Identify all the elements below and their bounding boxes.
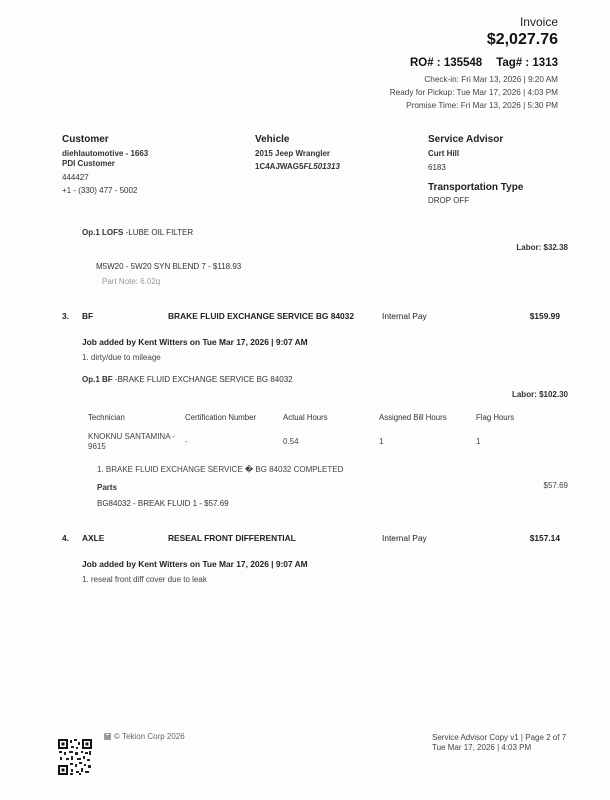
op-line-bf: Op.1 BF -BRAKE FLUID EXCHANGE SERVICE BG… <box>82 375 293 384</box>
job-concern: 1. reseal front diff cover due to leak <box>82 575 207 584</box>
tag-number: Tag# : 1313 <box>496 57 558 69</box>
part-line: BG84032 - BREAK FLUID 1 - $57.69 <box>97 499 229 508</box>
tech-actual-hours: 0.54 <box>283 437 299 446</box>
tech-name: KNOKNU SANTAMINA - 9615 <box>88 432 180 452</box>
job-added-by: Job added by Kent Witters on Tue Mar 17,… <box>82 559 308 569</box>
printed-timestamp: Tue Mar 17, 2026 | 4:03 PM <box>432 743 531 752</box>
customer-id: 444427 <box>62 172 148 184</box>
job-code: BF <box>82 311 93 321</box>
advisor-section: Service Advisor Curt Hill 6183 Transport… <box>428 134 523 207</box>
op-desc: -BRAKE FLUID EXCHANGE SERVICE BG 84032 <box>115 375 293 384</box>
op-desc: -LUBE OIL FILTER <box>126 228 194 237</box>
customer-title: Customer <box>62 134 148 145</box>
op-line-lofs: Op.1 LOFS -LUBE OIL FILTER <box>82 228 193 237</box>
part-note: Part Note: 6.02q <box>102 277 160 286</box>
vin-suffix: FL501313 <box>303 162 339 171</box>
vehicle-model: 2015 Jeep Wrangler <box>255 148 340 160</box>
tech-assigned-bill-hours: 1 <box>379 437 383 446</box>
job-story: 1. BRAKE FLUID EXCHANGE SERVICE � BG 840… <box>97 465 343 474</box>
parts-total: $57.69 <box>544 481 568 490</box>
labor-amount: Labor: $32.38 <box>516 243 568 252</box>
job-number: 3. <box>62 311 69 321</box>
col-actual-hours: Actual Hours <box>283 413 328 422</box>
ro-number: RO# : 135548 <box>410 57 482 69</box>
job-amount: $159.99 <box>530 311 560 321</box>
job-amount: $157.14 <box>530 533 560 543</box>
job-description: BRAKE FLUID EXCHANGE SERVICE BG 84032 <box>168 311 354 321</box>
job-number: 4. <box>62 533 69 543</box>
customer-phone: +1 - (330) 477 - 5002 <box>62 185 148 197</box>
advisor-title: Service Advisor <box>428 134 523 145</box>
qr-code <box>57 738 93 776</box>
job-added-by: Job added by Kent Witters on Tue Mar 17,… <box>82 337 308 347</box>
col-assigned-bill-hours: Assigned Bill Hours <box>379 413 447 422</box>
ro-tag-line: RO# : 135548Tag# : 1313 <box>410 57 558 69</box>
job-pay-type: Internal Pay <box>382 533 427 543</box>
vehicle-title: Vehicle <box>255 134 340 145</box>
vehicle-vin: 1C4AJWAG5FL501313 <box>255 161 340 173</box>
vin-prefix: 1C4AJWAG5 <box>255 162 303 171</box>
tech-flag-hours: 1 <box>476 437 480 446</box>
promise-time: Promise Time: Fri Mar 13, 2026 | 5:30 PM <box>406 101 558 110</box>
advisor-id: 6183 <box>428 162 523 174</box>
invoice-total: $2,027.76 <box>487 31 558 49</box>
vehicle-section: Vehicle 2015 Jeep Wrangler 1C4AJWAG5FL50… <box>255 134 340 173</box>
transport-value: DROP OFF <box>428 195 523 207</box>
op-code: Op.1 LOFS <box>82 228 123 237</box>
col-technician: Technician <box>88 413 125 422</box>
copy-page-info: Service Advisor Copy v1 | Page 2 of 7 <box>432 733 566 742</box>
check-in-time: Check-in: Fri Mar 13, 2026 | 9:20 AM <box>424 75 558 84</box>
part-line: M5W20 - 5W20 SYN BLEND 7 - $118.93 <box>96 262 241 271</box>
tech-certification: - <box>185 437 188 446</box>
parts-label: Parts <box>97 483 117 492</box>
col-flag-hours: Flag Hours <box>476 413 514 422</box>
copyright: © Tekion Corp 2026 <box>114 732 185 741</box>
labor-amount: Labor: $102.30 <box>512 390 568 399</box>
job-pay-type: Internal Pay <box>382 311 427 321</box>
job-code: AXLE <box>82 533 104 543</box>
ready-for-pickup-time: Ready for Pickup: Tue Mar 17, 2026 | 4:0… <box>390 88 558 97</box>
transport-title: Transportation Type <box>428 182 523 193</box>
job-description: RESEAL FRONT DIFFERENTIAL <box>168 533 296 543</box>
op-code: Op.1 BF <box>82 375 113 384</box>
job-concern: 1. dirty/due to mileage <box>82 353 161 362</box>
tekion-logo-icon <box>104 733 111 740</box>
advisor-name: Curt Hill <box>428 148 523 160</box>
document-type: Invoice <box>520 15 558 29</box>
customer-section: Customer diehlautomotive - 1663 PDI Cust… <box>62 134 148 197</box>
col-certification: Certification Number <box>185 413 256 422</box>
